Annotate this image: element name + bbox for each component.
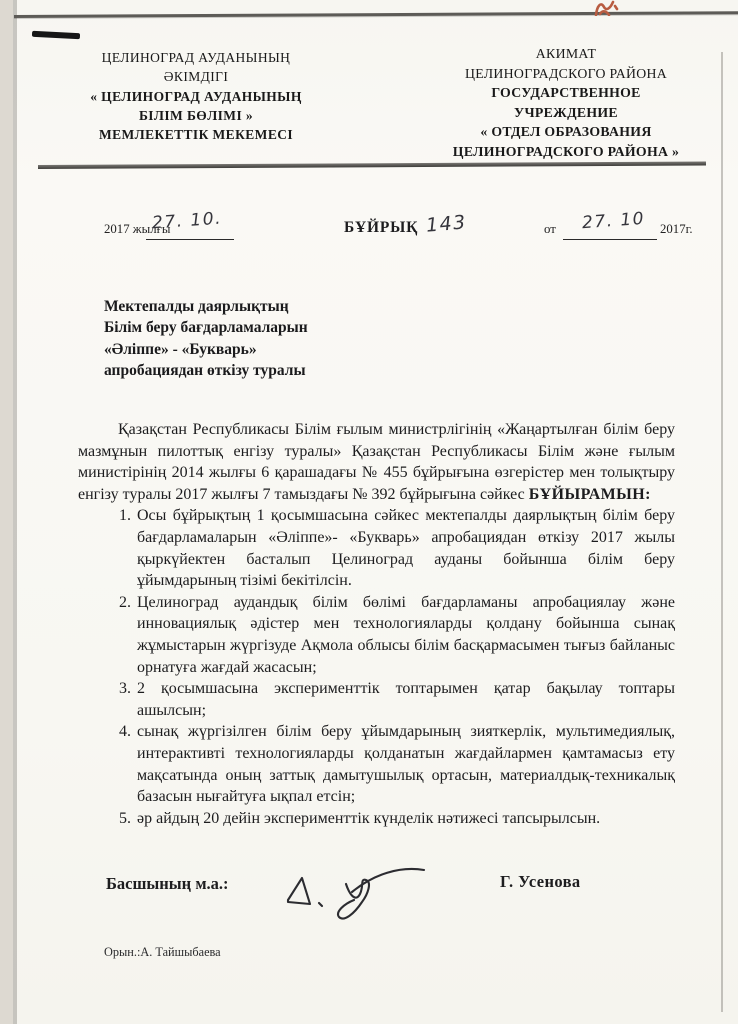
date-underline-right: [563, 239, 657, 240]
order-date-line: 2017 жылғы 27. 10. БҰЙРЫҚ 143 от 27. 10 …: [0, 218, 738, 258]
letterhead-ru-line: ЦЕЛИНОГРАДСКОГО РАЙОНА: [414, 64, 718, 84]
letterhead-divider-line: [38, 162, 706, 169]
order-intro-paragraph: Қазақстан Республикасы Білім ғылым минис…: [78, 419, 675, 505]
date-year-suffix: 2017г.: [660, 222, 693, 237]
letterhead-ru-line: ЦЕЛИНОГРАДСКОГО РАЙОНА »: [414, 142, 718, 162]
letterhead-kk-line: ЦЕЛИНОГРАД АУДАНЫНЫҢ: [58, 48, 334, 67]
signature-scribble: [258, 856, 438, 951]
order-item-3: 2 қосымшасына эксперименттік топтарымен …: [135, 678, 675, 721]
subject-line: «Әліппе» - «Букварь»: [104, 339, 404, 360]
letterhead-kk-line: БІЛІМ БӨЛІМІ »: [58, 106, 334, 125]
date-label-ru: от: [544, 222, 556, 237]
signer-name: Г. Усенова: [500, 872, 581, 892]
order-item-5: әр айдың 20 дейін эксперименттік күнделі…: [135, 808, 675, 830]
order-body: Қазақстан Республикасы Білім ғылым минис…: [78, 419, 675, 829]
handwritten-order-number: 143: [425, 211, 468, 236]
order-verb: БҰЙЫРАМЫН:: [529, 486, 651, 503]
letterhead-ru-line: АКИМАТ: [414, 44, 718, 64]
date-underline-left: [146, 239, 234, 240]
letterhead-kk-line: МЕМЛЕКЕТТІК МЕКЕМЕСІ: [58, 125, 334, 144]
red-pen-mark: [592, 0, 620, 21]
order-title: БҰЙРЫҚ: [344, 219, 418, 237]
subject-line: апробациядан өткізу туралы: [104, 360, 404, 381]
order-item-2: Целиноград аудандық білім бөлімі бағдарл…: [135, 592, 675, 678]
scanned-order-document: { "document": { "header_left": { "line1"…: [0, 0, 738, 1024]
corner-pen-mark: [32, 31, 80, 40]
handwritten-date-kk: 27. 10.: [151, 209, 222, 234]
letterhead-kk-line: ӘКІМДІГІ: [58, 67, 334, 86]
executor-note: Орын.:А. Тайшыбаева: [104, 945, 221, 960]
letterhead-kazakh: ЦЕЛИНОГРАД АУДАНЫНЫҢ ӘКІМДІГІ « ЦЕЛИНОГР…: [58, 48, 334, 144]
page-top-edge-line: [14, 11, 738, 18]
subject-line: Мектепалды даярлықтың: [104, 296, 404, 317]
order-subject: Мектепалды даярлықтың Білім беру бағдарл…: [104, 296, 404, 381]
handwritten-date-ru: 27. 10: [581, 209, 645, 233]
signer-title: Басшының м.а.:: [106, 874, 229, 894]
letterhead-ru-line: УЧРЕЖДЕНИЕ: [414, 103, 718, 123]
letterhead-ru-line: ГОСУДАРСТВЕННОЕ: [414, 83, 718, 103]
letterhead-kk-line: « ЦЕЛИНОГРАД АУДАНЫНЫҢ: [58, 87, 334, 106]
letterhead-russian: АКИМАТ ЦЕЛИНОГРАДСКОГО РАЙОНА ГОСУДАРСТВ…: [414, 44, 718, 162]
scanned-page: ЦЕЛИНОГРАД АУДАНЫНЫҢ ӘКІМДІГІ « ЦЕЛИНОГР…: [0, 0, 738, 1024]
order-item-4: сынақ жүргізілген білім беру ұйымдарының…: [135, 721, 675, 807]
subject-line: Білім беру бағдарламаларын: [104, 317, 404, 338]
order-items-list: Осы бұйрықтың 1 қосымшасына сәйкес мекте…: [78, 505, 675, 829]
letterhead-ru-line: « ОТДЕЛ ОБРАЗОВАНИЯ: [414, 122, 718, 142]
order-item-1: Осы бұйрықтың 1 қосымшасына сәйкес мекте…: [135, 505, 675, 591]
